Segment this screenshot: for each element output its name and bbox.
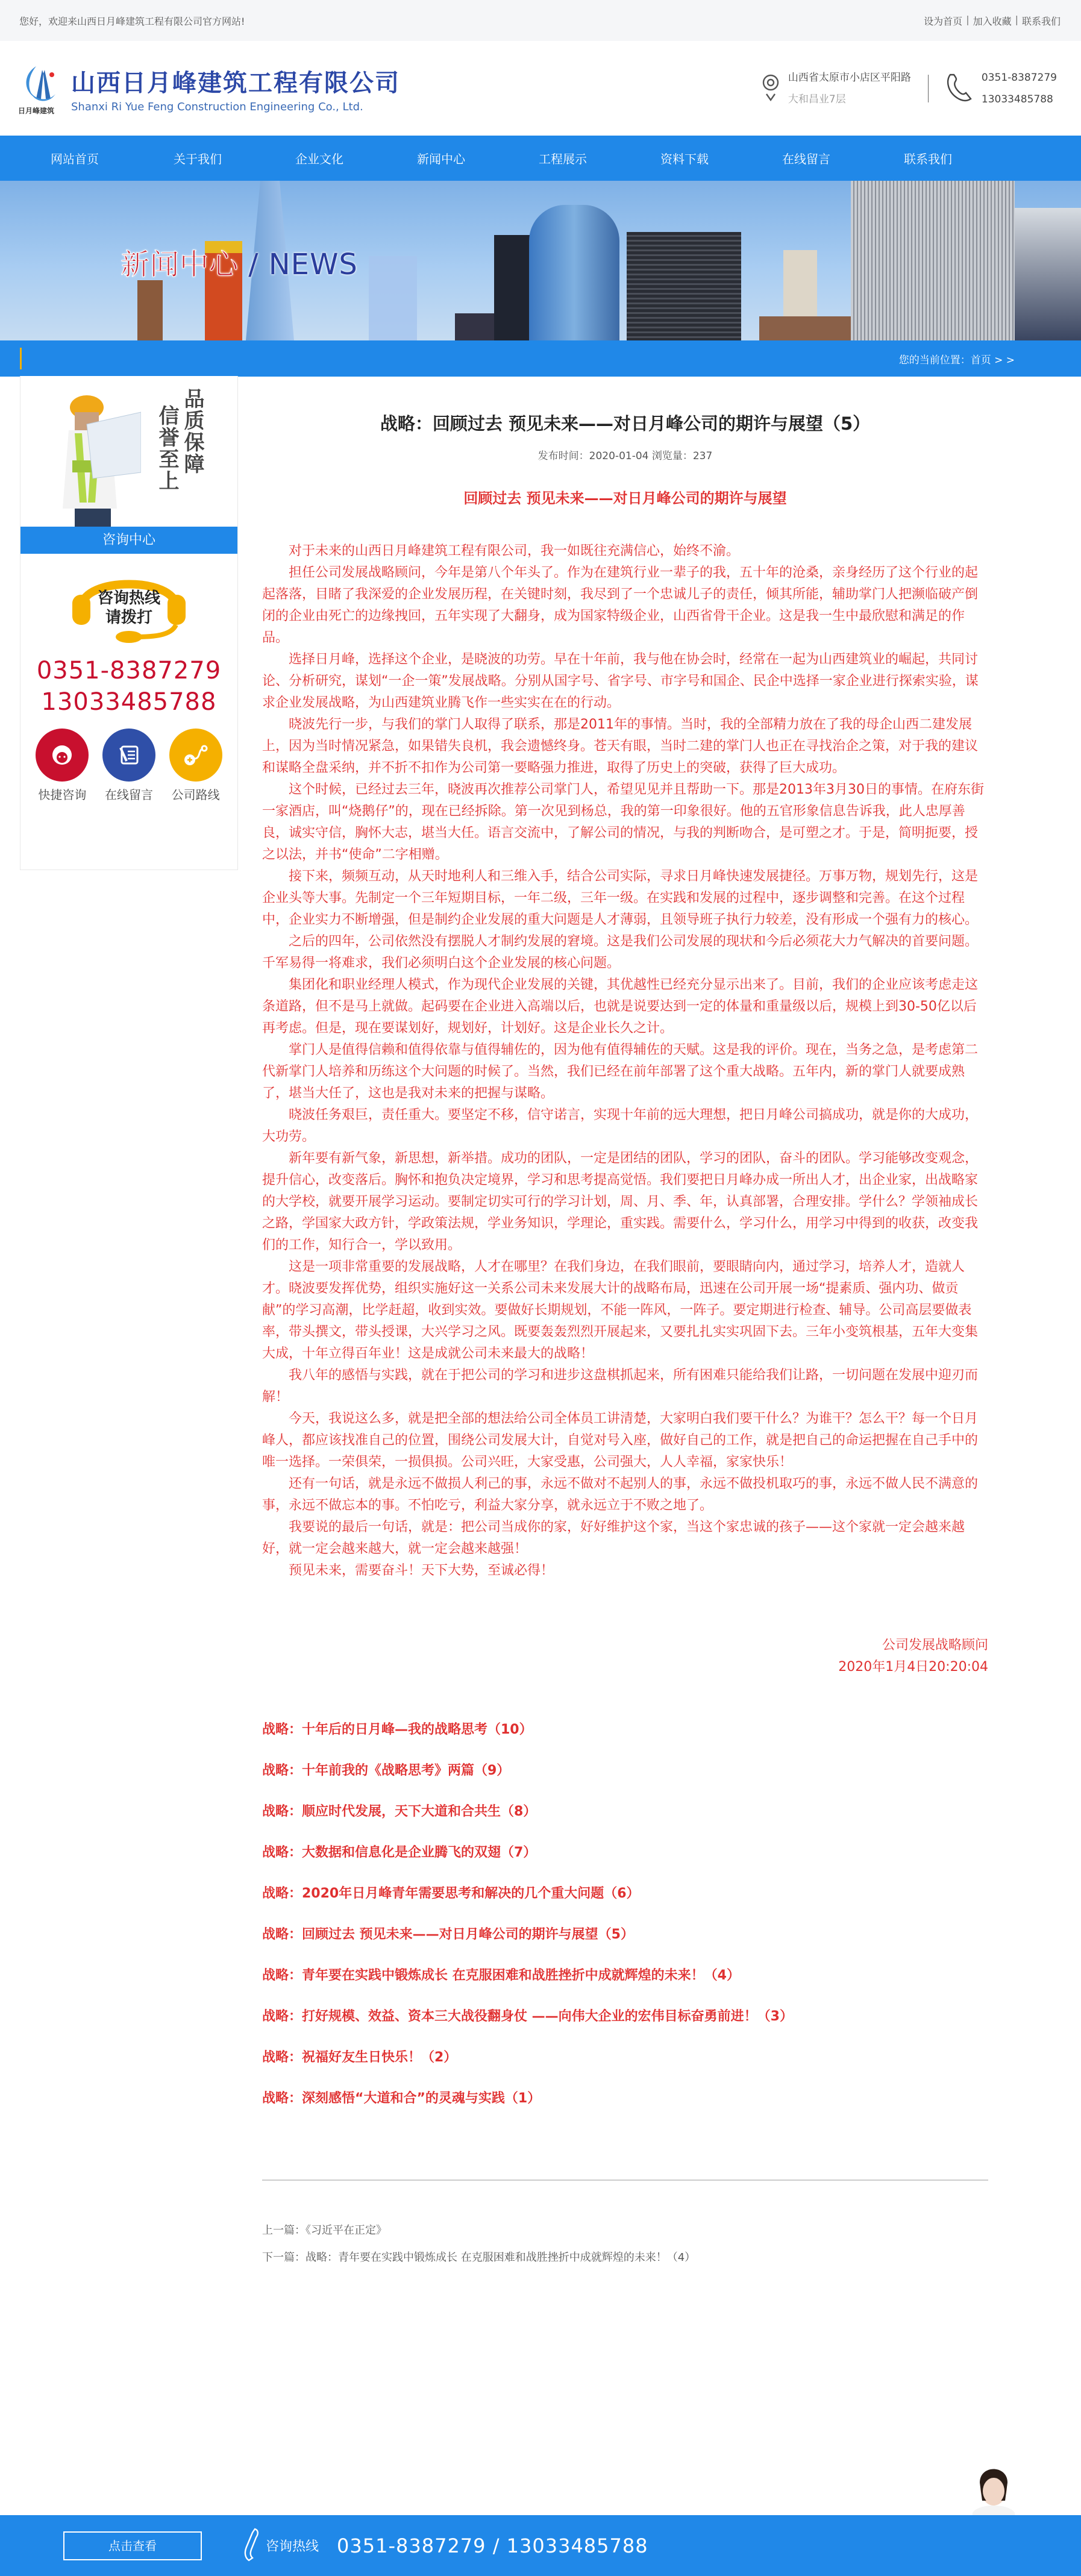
related-article-link[interactable]: 战略：青年要在实践中锻炼成长 在克服困难和战胜挫折中成就辉煌的未来！（4） xyxy=(262,1955,988,1996)
article-paragraph: 接下来，频频互动，从天时地利人和三维入手，结合公司实际，寻求日月峰快速发展捷径。… xyxy=(262,866,988,931)
article-paragraph: 晓波先行一步，与我们的掌门人取得了联系，那是2011年的事情。当时，我的全部精力… xyxy=(262,714,988,779)
view-more-button[interactable]: 点击查看 xyxy=(63,2531,202,2560)
next-article: 下一篇：战略：青年要在实践中锻炼成长 在克服困难和战胜挫折中成就辉煌的未来！（4… xyxy=(262,2244,988,2271)
related-article-link[interactable]: 战略：深刻感悟“大道和合”的灵魂与实践（1） xyxy=(262,2078,988,2119)
related-article-link[interactable]: 战略：十年后的日月峰—我的战略思考（10） xyxy=(262,1709,988,1750)
svg-text:咨询热线: 咨询热线 xyxy=(98,589,161,607)
building-image xyxy=(1015,208,1081,340)
related-article-link[interactable]: 战略：打好规模、效益、资本三大战役翻身仗 ——向伟大企业的宏伟目标奋勇前进！（3… xyxy=(262,1996,988,2037)
building-image xyxy=(627,232,741,340)
related-article-link[interactable]: 战略：祝福好友生日快乐！（2） xyxy=(262,2037,988,2078)
related-article-link[interactable]: 战略：顺应时代发展，天下大道和合共生（8） xyxy=(262,1791,988,1832)
nav-item-home[interactable]: 网站首页 xyxy=(29,149,151,167)
building-image xyxy=(759,316,856,340)
message-edit-icon xyxy=(102,729,155,782)
article-paragraph: 对于未来的山西日月峰建筑工程有限公司，我一如既往充满信心，始终不渝。 xyxy=(262,541,988,562)
article-paragraph: 这是一项非常重要的发展战略，人才在哪里？在我们身边，在我们眼前，要眼睛向内，通过… xyxy=(262,1256,988,1365)
set-homepage-link[interactable]: 设为首页 xyxy=(924,14,962,28)
prev-article: 上一篇：《习近平在正定》 xyxy=(262,2217,988,2244)
top-bar: 您好，欢迎来山西日月峰建筑工程有限公司官方网站! 设为首页 | 加入收藏 | 联… xyxy=(0,0,1081,41)
sidebar-phone-1[interactable]: 0351-8387279 xyxy=(20,655,237,686)
article-title: 战略：回顾过去 预见未来——对日月峰公司的期许与展望（5） xyxy=(262,410,988,435)
building-image xyxy=(455,313,497,340)
separator: | xyxy=(1015,14,1018,28)
customer-service-icon xyxy=(36,729,89,782)
worker-image xyxy=(51,388,141,527)
divider xyxy=(262,2180,988,2181)
footer-bar: 点击查看 咨询热线 0351-8387279 / 13033485788 xyxy=(0,2515,1081,2576)
article-content: 战略：回顾过去 预见未来——对日月峰公司的期许与展望（5） 发布时间：2020-… xyxy=(262,376,988,2271)
header-contact: 山西省太原市小店区平阳路 大和昌业7层 0351-8387279 1303348… xyxy=(762,67,1057,110)
headset-icon: 咨询热线 请拨打 xyxy=(69,565,189,643)
site-header: 日月峰建筑 山西日月峰建筑工程有限公司 Shanxi Ri Yue Feng C… xyxy=(0,41,1081,136)
company-route-button[interactable]: 公司路线 xyxy=(169,729,222,803)
article-pager: 上一篇：《习近平在正定》 下一篇：战略：青年要在实践中锻炼成长 在克服困难和战胜… xyxy=(262,2217,988,2271)
banner-title: 新闻中心 / NEWS xyxy=(121,241,358,283)
nav-item-message[interactable]: 在线留言 xyxy=(759,149,881,167)
signature-date: 2020年1月4日20:20:04 xyxy=(262,1656,988,1678)
article-paragraph: 还有一句话，就是永远不做损人利己的事，永远不做对不起别人的事，永远不做投机取巧的… xyxy=(262,1473,988,1517)
accent-bar xyxy=(20,348,22,369)
address-line-2: 大和昌业7层 xyxy=(788,89,911,110)
article-paragraph: 掌门人是值得信赖和值得依靠与值得辅佐的，因为他有值得辅佐的天赋。这是我的评价。现… xyxy=(262,1039,988,1105)
building-image xyxy=(529,205,619,340)
breadcrumb-bar: 您的当前位置：首页 > > xyxy=(0,340,1081,377)
article-meta: 发布时间：2020-01-04 浏览量：237 xyxy=(262,447,988,462)
article-signature: 公司发展战略顾问 2020年1月4日20:20:04 xyxy=(262,1635,988,1678)
nav-item-contact[interactable]: 联系我们 xyxy=(881,149,1003,167)
signature-author: 公司发展战略顾问 xyxy=(262,1635,988,1656)
hotline-label: 咨询热线 xyxy=(266,2536,319,2555)
building-image xyxy=(494,235,530,340)
svg-text:日月峰建筑: 日月峰建筑 xyxy=(18,106,54,115)
nav-item-culture[interactable]: 企业文化 xyxy=(272,149,394,167)
article-paragraph: 这个时候，已经过去三年，晓波再次推荐公司掌门人，希望见见并且帮助一下。那是201… xyxy=(262,779,988,866)
nav-item-downloads[interactable]: 资料下载 xyxy=(638,149,759,167)
main-nav: 网站首页 关于我们 企业文化 新闻中心 工程展示 资料下载 在线留言 联系我们 xyxy=(0,136,1081,181)
related-articles: 战略：十年后的日月峰—我的战略思考（10） 战略：十年前我的《战略思考》两篇（9… xyxy=(262,1709,988,2119)
next-article-link[interactable]: 战略：青年要在实践中锻炼成长 在克服困难和战胜挫折中成就辉煌的未来！（4） xyxy=(305,2251,695,2264)
logo-chinese-name: 山西日月峰建筑工程有限公司 xyxy=(71,64,400,98)
sidebar-phone-2[interactable]: 13033485788 xyxy=(20,686,237,718)
article-paragraph: 今天，我说这么多，就是把全部的想法给公司全体员工讲清楚，大家明白我们要干什么？为… xyxy=(262,1408,988,1473)
route-icon xyxy=(169,729,222,782)
related-article-link[interactable]: 战略：十年前我的《战略思考》两篇（9） xyxy=(262,1750,988,1791)
logo-mark-icon: 日月峰建筑 xyxy=(18,61,66,116)
divider xyxy=(928,75,929,102)
top-links: 设为首页 | 加入收藏 | 联系我们 xyxy=(924,14,1061,28)
consult-center-title: 咨询中心 xyxy=(20,527,237,554)
hotline-numbers[interactable]: 0351-8387279 / 13033485788 xyxy=(337,2534,648,2557)
quality-ad-image: 品质保障 信誉至上 xyxy=(20,376,237,527)
article-paragraph: 集团化和职业经理人模式，作为现代企业发展的关键，其优越性已经充分显示出来了。目前… xyxy=(262,974,988,1039)
location-pin-icon xyxy=(762,74,780,104)
header-phone-1[interactable]: 0351-8387279 xyxy=(982,67,1057,89)
nav-item-news[interactable]: 新闻中心 xyxy=(394,149,516,167)
related-article-link[interactable]: 战略：2020年日月峰青年需要思考和解决的几个重大问题（6） xyxy=(262,1873,988,1914)
welcome-text: 您好，欢迎来山西日月峰建筑工程有限公司官方网站! xyxy=(19,14,245,28)
phone-handset-icon xyxy=(244,2528,260,2564)
building-image xyxy=(369,256,417,340)
logo-english-name: Shanxi Ri Yue Feng Construction Engineer… xyxy=(71,101,400,113)
phone-icon xyxy=(945,72,973,105)
related-article-link[interactable]: 战略：大数据和信息化是企业腾飞的双翅（7） xyxy=(262,1832,988,1873)
building-image xyxy=(851,181,1015,340)
article-subtitle: 回顾过去 预见未来——对日月峰公司的期许与展望 xyxy=(262,486,988,507)
slogan-quality: 品质保障 xyxy=(178,388,207,475)
online-message-button[interactable]: 在线留言 xyxy=(102,729,155,803)
article-paragraph: 之后的四年，公司依然没有摆脱人才制约发展的窘境。这是我们公司发展的现状和今后必须… xyxy=(262,931,988,974)
article-paragraph: 预见未来，需要奋斗！天下大势，至诚必得！ xyxy=(262,1560,988,1582)
prev-article-link[interactable]: 《习近平在正定》 xyxy=(305,2224,387,2237)
article-paragraph: 我八年的感悟与实践，就在于把公司的学习和进步这盘棋抓起来，所有困难只能给我们让路… xyxy=(262,1365,988,1408)
article-paragraph: 选择日月峰，选择这个企业，是晓波的功劳。早在十年前，我与他在协会时，经常在一起为… xyxy=(262,649,988,714)
company-logo[interactable]: 日月峰建筑 山西日月峰建筑工程有限公司 Shanxi Ri Yue Feng C… xyxy=(18,61,400,116)
article-body: 对于未来的山西日月峰建筑工程有限公司，我一如既往充满信心，始终不渝。 担任公司发… xyxy=(262,541,988,1582)
sidebar: 品质保障 信誉至上 咨询中心 咨询热线 请拨打 0351-8387279 130… xyxy=(20,376,238,870)
quick-consult-button[interactable]: 快捷咨询 xyxy=(36,729,89,803)
article-paragraph: 我要说的最后一句话，就是：把公司当成你的家，好好维护这个家，当这个家忠诚的孩子—… xyxy=(262,1517,988,1560)
article-paragraph: 担任公司发展战略顾问，今年是第八个年头了。作为在建筑行业一辈子的我，五十年的沧桑… xyxy=(262,562,988,649)
breadcrumb[interactable]: 您的当前位置：首页 > > xyxy=(899,351,1015,366)
building-image xyxy=(137,280,163,340)
header-phone-2[interactable]: 13033485788 xyxy=(982,89,1057,110)
nav-item-projects[interactable]: 工程展示 xyxy=(516,149,638,167)
article-paragraph: 新年要有新气象，新思想，新举措。成功的团队，一定是团结的团队，学习的团队，奋斗的… xyxy=(262,1148,988,1256)
related-article-link[interactable]: 战略：回顾过去 预见未来——对日月峰公司的期许与展望（5） xyxy=(262,1914,988,1955)
slogan-reputation: 信誉至上 xyxy=(152,405,182,492)
separator: | xyxy=(966,14,969,28)
article-paragraph: 晓波任务艰巨，责任重大。要坚定不移，信守诺言，实现十年前的远大理想，把日月峰公司… xyxy=(262,1105,988,1148)
news-banner: 新闻中心 / NEWS xyxy=(0,181,1081,340)
add-favorite-link[interactable]: 加入收藏 xyxy=(973,14,1012,28)
svg-text:请拨打: 请拨打 xyxy=(105,608,152,627)
quick-links: 快捷咨询 在线留言 公司路线 xyxy=(20,729,237,803)
nav-item-about[interactable]: 关于我们 xyxy=(151,149,272,167)
address-line-1: 山西省太原市小店区平阳路 xyxy=(788,67,911,89)
contact-us-link[interactable]: 联系我们 xyxy=(1022,14,1061,28)
